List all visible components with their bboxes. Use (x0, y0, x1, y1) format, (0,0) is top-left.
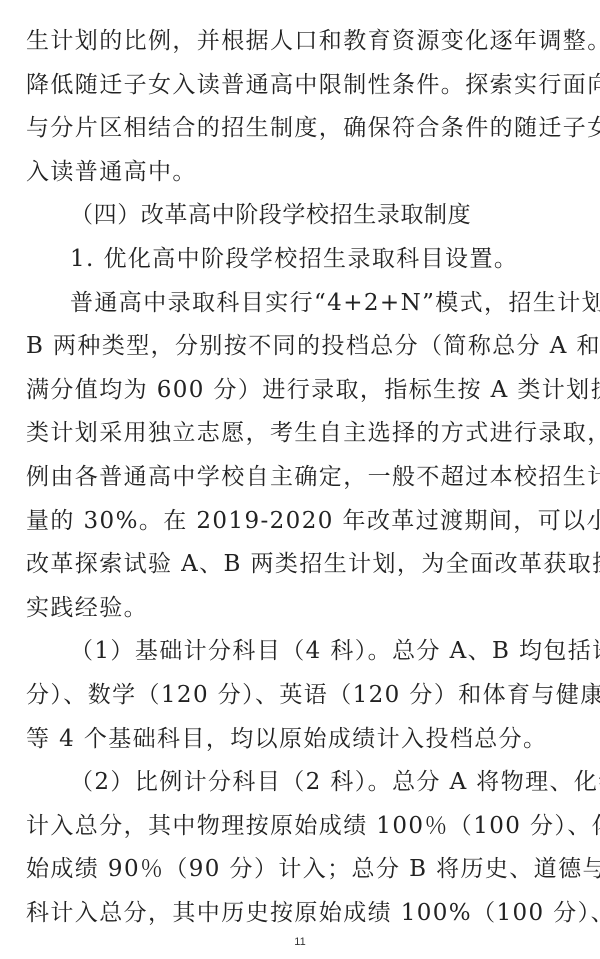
text-line: 入读普通高中。 (26, 157, 578, 187)
text-line: B 两种类型，分别按不同的投档总分（简称总分 A 和总分 B， (26, 331, 578, 361)
text-line: 量的 30%。在 2019-2020 年改革过渡期间，可以小步子、微 (26, 506, 578, 536)
text-line: 分）、数学（120 分）、英语（120 分）和体育与健康（50 分） (26, 680, 578, 710)
text-line: （1）基础计分科目（4 科）。总分 A、B 均包括语文（120 (70, 636, 578, 666)
text-line: 生计划的比例，并根据人口和教育资源变化逐年调整。适度 (26, 26, 578, 56)
text-line: 科计入总分，其中历史按原始成绩 100%（100 分）、道德与 (26, 898, 578, 928)
text-line: 满分值均为 600 分）进行录取，指标生按 A 类计划执行；B (26, 375, 578, 405)
text-line: 普通高中录取科目实行“4+2+N”模式，招生计划分为 A、 (70, 288, 578, 318)
page-number: 11 (0, 936, 600, 948)
text-line: （2）比例计分科目（2 科）。总分 A 将物理、化学 2 科 (70, 767, 578, 797)
text-line: 降低随迁子女入读普通高中限制性条件。探索实行面向全市 (26, 70, 578, 100)
text-line: 等 4 个基础科目，均以原始成绩计入投档总分。 (26, 724, 578, 754)
section-heading: （四）改革高中阶段学校招生录取制度 (70, 200, 578, 230)
text-line: 例由各普通高中学校自主确定，一般不超过本校招生计划总 (26, 462, 578, 492)
text-line: 计入总分，其中物理按原始成绩 100％（100 分）、化学按原 (26, 811, 578, 841)
text-line: 改革探索试验 A、B 两类招生计划，为全面改革获取操作性 (26, 549, 578, 579)
text-line: 实践经验。 (26, 593, 578, 623)
text-line: 始成绩 90％（90 分）计入；总分 B 将历史、道德与法制 2 (26, 854, 578, 884)
text-line: 1. 优化高中阶段学校招生录取科目设置。 (70, 244, 578, 274)
text-line: 类计划采用独立志愿，考生自主选择的方式进行录取，其比 (26, 418, 578, 448)
document-page: 生计划的比例，并根据人口和教育资源变化逐年调整。适度降低随迁子女入读普通高中限制… (0, 0, 600, 959)
text-line: 与分片区相结合的招生制度，确保符合条件的随迁子女学生 (26, 113, 578, 143)
